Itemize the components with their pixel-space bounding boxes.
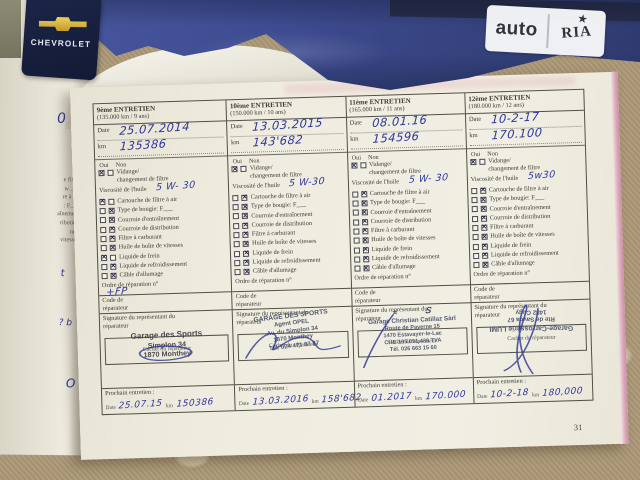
service-items: ✕Cartouche de filtre à air✕Type de bougi… — [349, 186, 470, 273]
signature-scribble — [233, 306, 353, 383]
date-label: Date — [350, 119, 362, 126]
km-row: km 143'682 — [231, 136, 344, 153]
checkbox-oui — [471, 206, 477, 212]
repair-order-label: Ordre de réparation n° — [354, 273, 411, 282]
checkbox-oui — [354, 256, 360, 262]
service-items: ✕Cartouche de filtre à air✕Type de bougi… — [230, 190, 351, 277]
watermark-ria-text: ★ RIA — [549, 22, 606, 43]
checkbox-non: ✕ — [109, 217, 115, 223]
checkbox-oui — [473, 244, 479, 250]
checkbox-non: ✕ — [482, 262, 488, 268]
chevrolet-wordmark: CHEVROLET — [23, 38, 98, 50]
chevrolet-card: CHEVROLET — [21, 0, 102, 81]
signature-cell: Signature du représentant duréparateur C… — [100, 309, 235, 388]
checkbox-oui — [233, 223, 239, 229]
date-label: Date — [97, 127, 109, 134]
handwritten-next-date: 01.2017 — [371, 391, 412, 404]
checkbox-non — [110, 254, 116, 260]
checkbox-oui: ✕ — [98, 170, 104, 176]
date-label: Date — [231, 123, 243, 130]
next-service-cell: Prochain entretien : Date 01.2017 km 170… — [354, 377, 473, 406]
date-label: Date — [469, 116, 481, 123]
service-items: ✕Cartouche de filtre à air✕Type de bougi… — [96, 193, 231, 281]
oui-label: Oui — [352, 154, 361, 161]
handwritten-next-date: 25.07.15 — [119, 398, 164, 411]
handwritten-km: 135386 — [119, 136, 167, 153]
checkbox-non: ✕ — [480, 188, 486, 194]
checkbox-oui — [473, 253, 479, 259]
signature-scribble — [352, 303, 472, 380]
checkbox-oui — [235, 269, 241, 275]
checkbox-oui — [234, 251, 240, 257]
handwritten-viscosity: 5 W- 30 — [408, 172, 448, 186]
checkbox-non: ✕ — [242, 213, 248, 219]
checkbox-non: ✕ — [242, 195, 248, 201]
handwritten-date: 10-2-17 — [491, 109, 540, 126]
handwritten-fragment: ? b — [59, 318, 72, 328]
checkbox-non: ✕ — [244, 269, 250, 275]
oui-label: Oui — [99, 162, 108, 169]
signature-cell: Signature du représentant duréparateur C… — [471, 298, 591, 376]
checkbox-non: ✕ — [363, 265, 369, 271]
next-service-cell: Prochain entretien : Date 25.07.15 km 15… — [102, 384, 235, 414]
watermark-ria-label: RIA — [561, 23, 593, 41]
handwritten-viscosity: 5w30 — [527, 169, 555, 182]
handwritten-next-km: 150386 — [176, 397, 214, 409]
checkbox-non: ✕ — [363, 256, 369, 262]
checkbox-non: ✕ — [362, 238, 368, 244]
checkbox-oui — [101, 245, 107, 251]
background-strip — [0, 0, 21, 58]
checkbox-oui — [233, 204, 239, 210]
checkbox-oui — [471, 197, 477, 203]
checkbox-oui: ✕ — [101, 255, 107, 261]
checkbox-non: ✕ — [480, 206, 486, 212]
service-entry-column: 12ème ENTRETIEN (180.000 km / 12 ans) Da… — [464, 90, 592, 403]
viscosity-label: Viscosité de l'huile — [99, 186, 147, 194]
checkbox-non: ✕ — [481, 234, 487, 240]
checkbox-non: ✕ — [244, 260, 250, 266]
watermark-auto-text: auto — [486, 17, 548, 42]
handwritten-fragment: O — [66, 376, 76, 390]
service-entry-column: 11ème ENTRETIEN (165.000 km / 11 ans) Da… — [345, 93, 473, 406]
oui-label: Oui — [233, 158, 242, 165]
checkbox-non: ✕ — [482, 253, 488, 259]
next-service-cell: Prochain entretien : Date 13.03.2016 km … — [235, 380, 354, 409]
checkbox-non: ✕ — [109, 208, 115, 214]
checkbox-non: ✕ — [242, 204, 248, 210]
checkbox-non: ✕ — [481, 225, 487, 231]
signature-cell: Signature du représentant duréparateur C… — [352, 302, 472, 380]
viscosity-label: Viscosité de l'huile — [232, 182, 280, 190]
handwritten-next-date: 13.03.2016 — [252, 394, 309, 408]
checkbox-oui — [233, 213, 239, 219]
handwritten-date: 08.01.16 — [371, 112, 427, 130]
checkbox-non: ✕ — [481, 215, 487, 221]
checkbox-non — [107, 170, 113, 176]
service-book-page: 9ème ENTRETIEN (135.000 km / 9 ans) Date… — [70, 72, 629, 460]
handwritten-fragment: t — [61, 268, 65, 279]
checkbox-oui — [100, 217, 106, 223]
km-label: km — [469, 132, 478, 139]
service-items: ✕Cartouche de filtre à air✕Type de bougi… — [468, 183, 589, 270]
handwritten-next-km: 180,000 — [542, 386, 583, 399]
checkbox-oui — [100, 236, 106, 242]
checkbox-oui — [353, 238, 359, 244]
checkbox-non: ✕ — [362, 228, 368, 234]
km-label: km — [98, 143, 107, 150]
km-row: km 135386 — [98, 139, 225, 157]
km-row: km 154596 — [350, 132, 463, 149]
checkbox-oui: ✕ — [351, 163, 357, 169]
checkbox-non: ✕ — [243, 241, 249, 247]
km-label: km — [231, 139, 240, 146]
checkbox-oui — [471, 188, 477, 194]
checkbox-non: ✕ — [243, 232, 249, 238]
checkbox-oui — [354, 266, 360, 272]
repair-order-label: Ordre de réparation n° — [473, 269, 530, 278]
checkbox-oui — [472, 216, 478, 222]
handwritten-next-km: 170.000 — [425, 389, 466, 402]
checkbox-non — [360, 162, 366, 168]
checkbox-non: ✕ — [242, 222, 248, 228]
checkbox-oui: ✕ — [470, 159, 476, 165]
handwritten-viscosity: 5 W- 30 — [156, 180, 196, 194]
checkbox-oui — [353, 228, 359, 234]
checkbox-oui — [352, 201, 358, 207]
checkbox-non: ✕ — [109, 226, 115, 232]
checkbox-oui — [352, 191, 358, 197]
signature-scribble — [471, 299, 591, 376]
checkbox-oui — [353, 247, 359, 253]
checkbox-oui — [100, 208, 106, 214]
checkbox-oui — [352, 210, 358, 216]
checkbox-non: ✕ — [361, 210, 367, 216]
checkbox-non: ✕ — [111, 273, 117, 279]
photo-scene: 013 e filtrew ___re à air: F___aînementr… — [0, 0, 640, 480]
checkbox-oui — [234, 232, 240, 238]
checkbox-oui — [233, 195, 239, 201]
autoria-watermark: auto ★ RIA — [485, 5, 606, 57]
handwritten-km: 143'682 — [253, 132, 304, 149]
signature-scribble — [100, 310, 235, 388]
checkbox-oui — [100, 227, 106, 233]
viscosity-label: Viscosité de l'huile — [471, 175, 519, 183]
handwritten-km: 170.100 — [491, 125, 543, 142]
km-row: km 170.100 — [469, 129, 582, 146]
checkbox-non — [479, 159, 485, 165]
checkbox-oui — [101, 264, 107, 270]
checkbox-non: ✕ — [482, 243, 488, 249]
checkbox-oui: ✕ — [232, 166, 238, 172]
checkbox-non — [108, 199, 114, 205]
handwritten-viscosity: 5 W-30 — [289, 176, 326, 189]
checkbox-non: ✕ — [110, 264, 116, 270]
oui-label: Oui — [471, 151, 480, 158]
handwritten-order: +FP — [106, 286, 128, 298]
service-entry-column: 10ème ENTRETIEN (150.000 km / 10 ans) Da… — [226, 97, 354, 410]
checkbox-non: ✕ — [361, 191, 367, 197]
handwritten-next-date: 10-2-18 — [490, 387, 529, 400]
checkbox-oui — [235, 260, 241, 266]
checkbox-oui — [473, 262, 479, 268]
checkbox-oui — [472, 225, 478, 231]
repair-order-label: Ordre de réparation n° — [235, 276, 292, 285]
checkbox-non — [241, 166, 247, 172]
checkbox-oui — [472, 234, 478, 240]
checkbox-non: ✕ — [362, 247, 368, 253]
handwritten-km: 154596 — [372, 129, 420, 146]
chevrolet-logo-icon — [39, 17, 87, 32]
checkbox-non: ✕ — [361, 200, 367, 206]
checkbox-non: ✕ — [243, 250, 249, 256]
checkbox-oui — [102, 273, 108, 279]
checkbox-oui — [234, 241, 240, 247]
service-table: 9ème ENTRETIEN (135.000 km / 9 ans) Date… — [92, 89, 593, 415]
next-service-cell: Prochain entretien : Date 10-2-18 km 180… — [474, 373, 593, 402]
page-number: 31 — [574, 422, 583, 432]
checkbox-non: ✕ — [109, 236, 115, 242]
checkbox-non: ✕ — [362, 219, 368, 225]
checkbox-non: ✕ — [110, 245, 116, 251]
checkbox-oui: ✕ — [99, 199, 105, 205]
checkbox-oui — [353, 219, 359, 225]
viscosity-label: Viscosité de l'huile — [351, 178, 399, 186]
service-entry-column: 9ème ENTRETIEN (135.000 km / 9 ans) Date… — [93, 100, 235, 413]
signature-cell: Signature du représentant duréparateur C… — [233, 305, 353, 383]
km-label: km — [350, 135, 359, 142]
checkbox-non: ✕ — [480, 197, 486, 203]
